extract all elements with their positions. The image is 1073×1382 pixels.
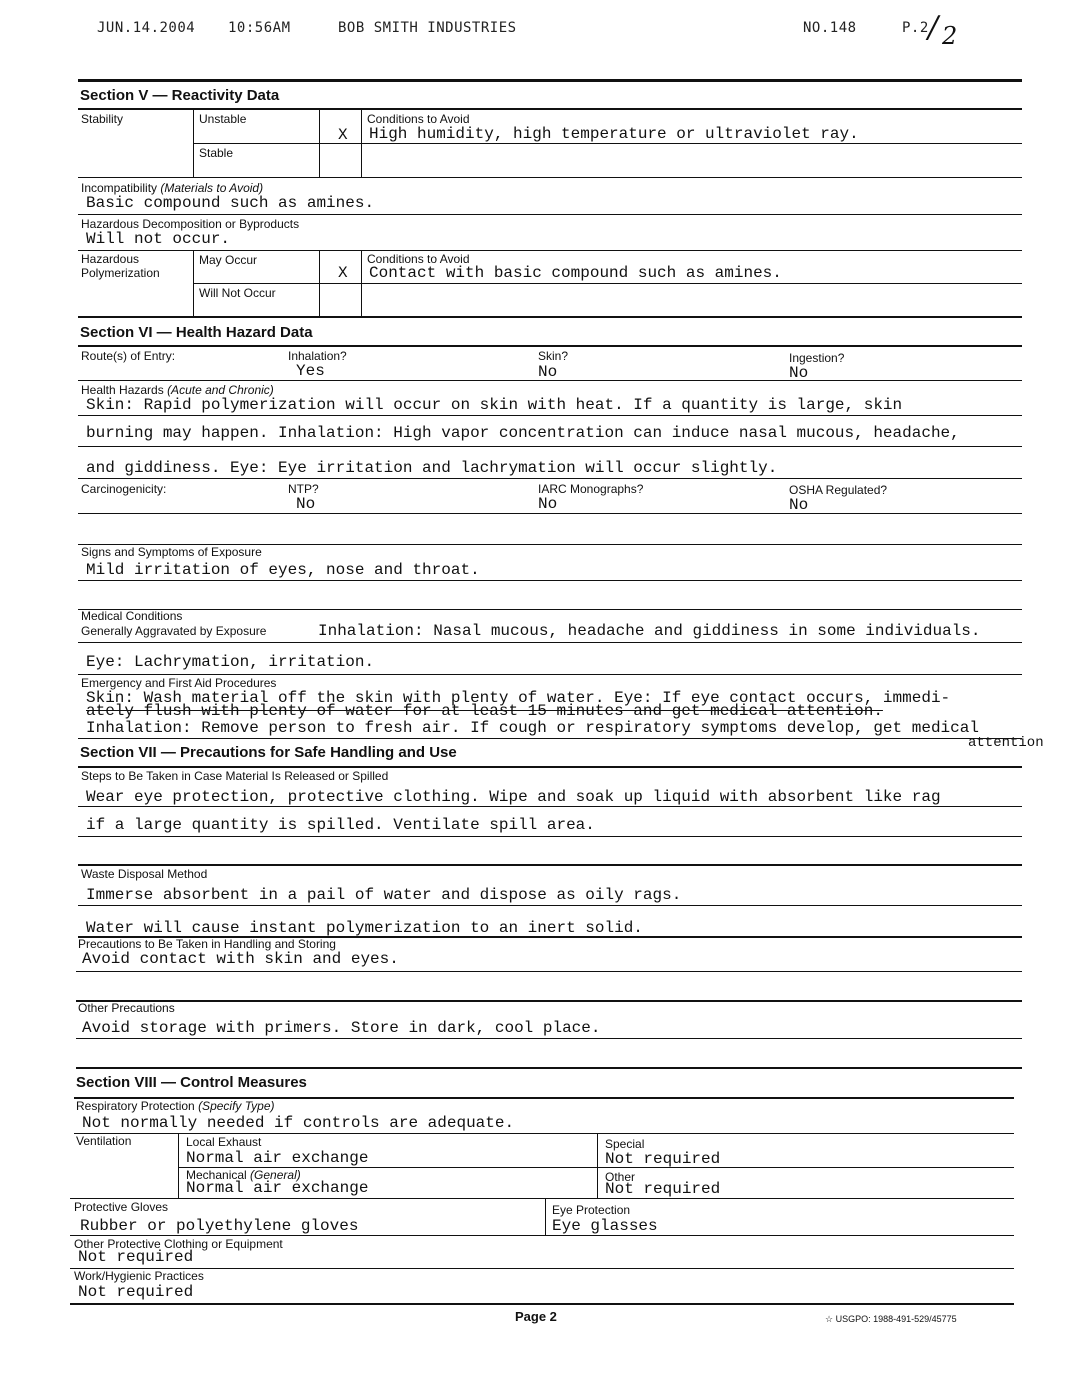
divider <box>76 1000 1022 1002</box>
signs-value: Mild irritation of eyes, nose and throat… <box>86 561 480 579</box>
spill-label: Steps to Be Taken in Case Material Is Re… <box>81 769 388 783</box>
top-rule <box>78 79 1022 82</box>
incompatibility-value: Basic compound such as amines. <box>86 194 374 212</box>
gloves-value: Rubber or polyethylene gloves <box>80 1217 358 1235</box>
emergency-line: Inhalation: Remove person to fresh air. … <box>86 719 979 737</box>
divider <box>78 446 1022 447</box>
conditions-label: Conditions to Avoid <box>367 112 470 126</box>
divider <box>78 177 1022 178</box>
skin-value: No <box>538 363 557 381</box>
section-5-title: Section V — Reactivity Data <box>80 87 279 104</box>
divider <box>70 1198 1014 1199</box>
divider <box>78 380 1022 381</box>
section-7-title: Section VII — Precautions for Safe Handl… <box>80 744 457 761</box>
special-label: Special <box>605 1137 644 1151</box>
iarc-value: No <box>538 495 557 513</box>
unstable-checkbox[interactable]: X <box>338 126 348 144</box>
divider <box>78 513 1022 514</box>
divider <box>78 478 1022 479</box>
fax-number: NO.148 <box>803 20 857 36</box>
poly-conditions-value: Contact with basic compound such as amin… <box>369 264 782 282</box>
divider <box>178 1167 1014 1168</box>
respiratory-label: Respiratory Protection (Specify Type) <box>76 1099 275 1113</box>
divider <box>78 345 1022 347</box>
waste-line: Immerse absorbent in a pail of water and… <box>86 886 681 904</box>
hygienic-label: Work/Hygienic Practices <box>74 1269 204 1283</box>
section-6-title: Section VI — Health Hazard Data <box>80 324 313 341</box>
divider <box>70 1268 1014 1269</box>
page-number: Page 2 <box>515 1309 557 1324</box>
other-precautions-label: Other Precautions <box>78 1001 175 1015</box>
health-hazards-label-text: Health Hazards <box>81 383 164 397</box>
handwritten-page-total: 2 <box>942 22 957 50</box>
unstable-label: Unstable <box>199 112 246 126</box>
divider <box>78 316 1022 318</box>
spill-line: Wear eye protection, protective clothing… <box>86 788 941 806</box>
other-precautions-value: Avoid storage with primers. Store in dar… <box>82 1019 600 1037</box>
stable-label: Stable <box>199 146 233 160</box>
will-not-occur-label: Will Not Occur <box>199 286 276 300</box>
ventilation-label: Ventilation <box>76 1134 131 1148</box>
divider <box>74 1133 1014 1134</box>
carcinogenicity-label: Carcinogenicity: <box>81 482 166 496</box>
divider <box>76 1038 1022 1039</box>
divider <box>76 971 1022 972</box>
handwritten-slash-icon: / <box>928 10 938 45</box>
divider <box>78 836 1022 837</box>
waste-label: Waste Disposal Method <box>81 867 207 881</box>
iarc-label: IARC Monographs? <box>538 482 643 496</box>
other-value: Not required <box>605 1180 720 1198</box>
health-hazards-label: Health Hazards (Acute and Chronic) <box>81 383 274 397</box>
routes-label: Route(s) of Entry: <box>81 349 175 363</box>
may-occur-checkbox[interactable]: X <box>338 264 348 282</box>
respiratory-label-italic: (Specify Type) <box>198 1099 274 1113</box>
polymerization-label-2: Polymerization <box>81 266 160 280</box>
fax-time: 10:56AM <box>228 20 291 36</box>
divider <box>78 609 1022 610</box>
eye-protection-value: Eye glasses <box>552 1217 658 1235</box>
incompatibility-label-text: Incompatibility <box>81 181 157 195</box>
gloves-label: Protective Gloves <box>74 1200 168 1214</box>
section-8-title: Section VIII — Control Measures <box>76 1074 307 1091</box>
respiratory-value: Not normally needed if controls are adeq… <box>82 1114 514 1132</box>
divider <box>178 1134 179 1198</box>
divider <box>76 1067 1022 1069</box>
inhalation-value: Yes <box>296 362 325 380</box>
local-exhaust-label: Local Exhaust <box>186 1135 261 1149</box>
divider <box>78 864 1022 866</box>
eye-protection-label: Eye Protection <box>552 1203 630 1217</box>
health-hazards-line: Skin: Rapid polymerization will occur on… <box>86 396 902 414</box>
polymerization-label-1: Hazardous <box>81 252 139 266</box>
inhalation-label: Inhalation? <box>288 349 347 363</box>
divider <box>78 766 1022 768</box>
osha-label: OSHA Regulated? <box>789 483 887 497</box>
may-occur-label: May Occur <box>199 253 257 267</box>
medical-line: Eye: Lachrymation, irritation. <box>86 653 374 671</box>
local-exhaust-value: Normal air exchange <box>186 1149 368 1167</box>
divider <box>78 580 1022 581</box>
health-hazards-label-italic: (Acute and Chronic) <box>167 383 274 397</box>
skin-label: Skin? <box>538 349 568 363</box>
respiratory-label-text: Respiratory Protection <box>76 1099 195 1113</box>
medical-line: Inhalation: Nasal mucous, headache and g… <box>318 622 981 640</box>
hygienic-value: Not required <box>78 1283 193 1301</box>
health-hazards-line: and giddiness. Eye: Eye irritation and l… <box>86 459 777 477</box>
waste-line: Water will cause instant polymerization … <box>86 919 643 937</box>
spill-line: if a large quantity is spilled. Ventilat… <box>86 816 595 834</box>
divider <box>597 1134 598 1198</box>
divider <box>70 1303 1014 1305</box>
ingestion-label: Ingestion? <box>789 351 844 365</box>
fax-date: JUN.14.2004 <box>97 20 195 36</box>
divider <box>78 806 1022 807</box>
divider <box>78 642 1022 643</box>
stability-label: Stability <box>81 112 123 126</box>
incompatibility-label-italic: (Materials to Avoid) <box>160 181 263 195</box>
clothing-value: Not required <box>78 1248 193 1266</box>
signs-label: Signs and Symptoms of Exposure <box>81 545 262 559</box>
decomposition-label: Hazardous Decomposition or Byproducts <box>81 217 299 231</box>
divider <box>70 1235 1014 1236</box>
divider <box>193 283 1022 284</box>
divider <box>78 905 1022 906</box>
ntp-label: NTP? <box>288 482 319 496</box>
emergency-label: Emergency and First Aid Procedures <box>81 676 276 690</box>
gpo-code: ☆ USGPO: 1988-491-529/45775 <box>825 1314 957 1325</box>
ntp-value: No <box>296 495 315 513</box>
divider <box>78 250 1022 251</box>
health-hazards-line: burning may happen. Inhalation: High vap… <box>86 424 960 442</box>
emergency-line: ately flush with plenty of water for at … <box>86 702 883 720</box>
handling-value: Avoid contact with skin and eyes. <box>82 950 399 968</box>
divider <box>78 214 1022 215</box>
divider <box>78 108 1022 110</box>
handling-label: Precautions to Be Taken in Handling and … <box>78 937 336 951</box>
osha-value: No <box>789 496 808 514</box>
conditions-value: High humidity, high temperature or ultra… <box>369 125 859 143</box>
special-value: Not required <box>605 1150 720 1168</box>
divider <box>78 415 1022 416</box>
divider <box>545 1199 546 1235</box>
incompatibility-label: Incompatibility (Materials to Avoid) <box>81 181 263 195</box>
divider <box>78 674 1022 675</box>
medical-label-1: Medical Conditions <box>81 609 182 623</box>
decomposition-value: Will not occur. <box>86 230 230 248</box>
fax-page: P.2 <box>902 20 929 36</box>
medical-label-2: Generally Aggravated by Exposure <box>81 624 266 638</box>
fax-company: BOB SMITH INDUSTRIES <box>338 20 517 36</box>
divider <box>78 738 1022 739</box>
mechanical-value: Normal air exchange <box>186 1179 368 1197</box>
divider <box>193 143 1022 144</box>
